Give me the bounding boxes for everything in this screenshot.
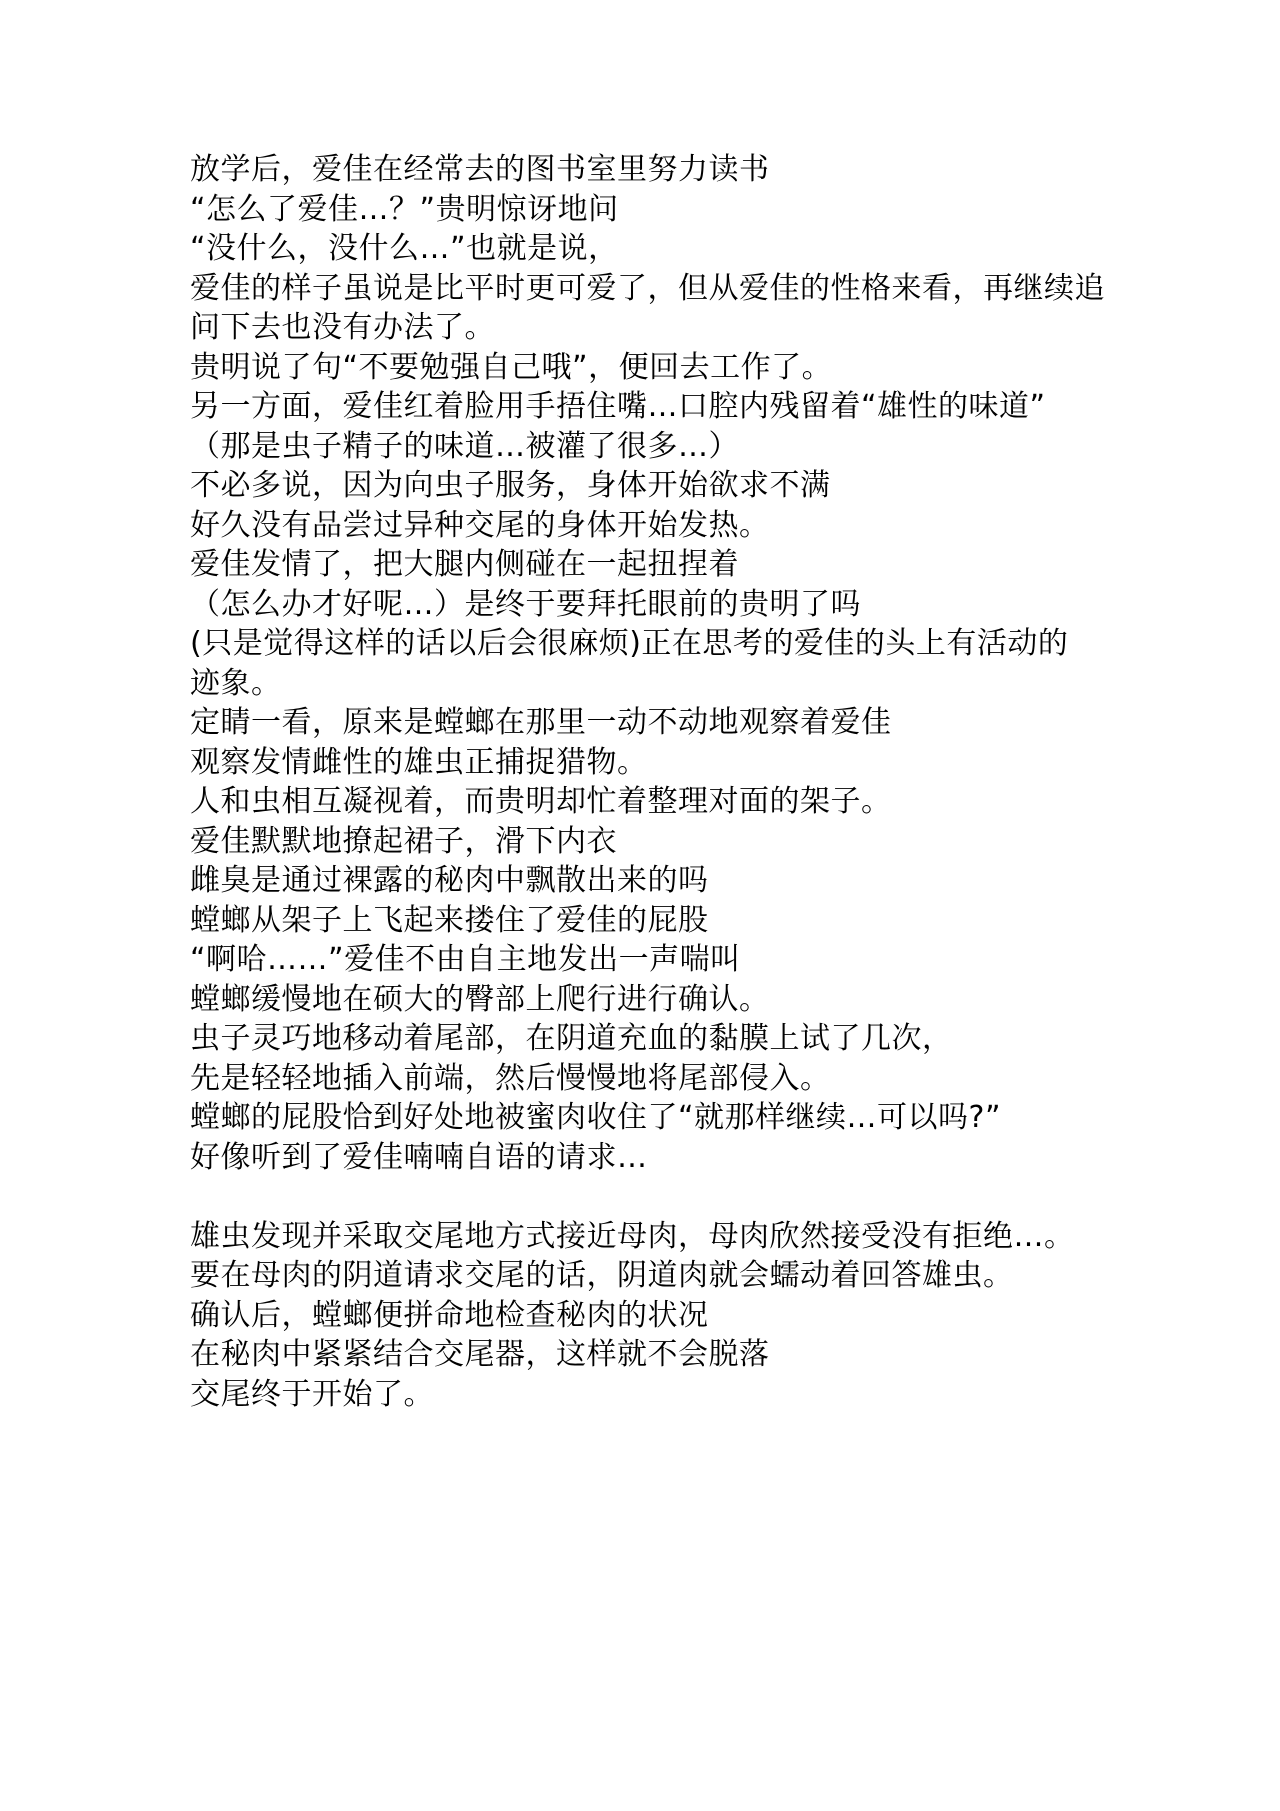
story-text-block: 放学后，爱佳在经常去的图书室里努力读书“怎么了爱佳…？”贵明惊讶地问“没什么，没…: [190, 150, 1250, 1414]
text-line: 螳螂的屁股恰到好处地被蜜肉收住了“就那样继续…可以吗?”: [190, 1098, 1250, 1138]
text-line: 爱佳发情了，把大腿内侧碰在一起扭捏着: [190, 545, 1250, 585]
text-line: [190, 1177, 1250, 1217]
text-line: 观察发情雌性的雄虫正捕捉猎物。: [190, 743, 1250, 783]
text-line: 人和虫相互凝视着，而贵明却忙着整理对面的架子。: [190, 782, 1250, 822]
text-line: 问下去也没有办法了。: [190, 308, 1250, 348]
text-line: “啊哈……”爱佳不由自主地发出一声喘叫: [190, 940, 1250, 980]
text-line: （那是虫子精子的味道…被灌了很多…）: [190, 427, 1250, 467]
text-line: 交尾终于开始了。: [190, 1375, 1250, 1415]
document-page: 放学后，爱佳在经常去的图书室里努力读书“怎么了爱佳…？”贵明惊讶地问“没什么，没…: [0, 0, 1280, 1811]
text-line: 好久没有品尝过异种交尾的身体开始发热。: [190, 506, 1250, 546]
text-line: 要在母肉的阴道请求交尾的话，阴道肉就会蠕动着回答雄虫。: [190, 1256, 1250, 1296]
text-line: “怎么了爱佳…？”贵明惊讶地问: [190, 190, 1250, 230]
text-line: 雌臭是通过裸露的秘肉中飘散出来的吗: [190, 861, 1250, 901]
text-line: 贵明说了句“不要勉强自己哦”，便回去工作了。: [190, 348, 1250, 388]
text-line: 不必多说，因为向虫子服务，身体开始欲求不满: [190, 466, 1250, 506]
text-line: 好像听到了爱佳喃喃自语的请求…: [190, 1138, 1250, 1178]
text-line: 迹象。: [190, 664, 1250, 704]
text-line: 雄虫发现并采取交尾地方式接近母肉，母肉欣然接受没有拒绝…。: [190, 1217, 1250, 1257]
text-line: 螳螂缓慢地在硕大的臀部上爬行进行确认。: [190, 980, 1250, 1020]
text-line: 另一方面，爱佳红着脸用手捂住嘴…口腔内残留着“雄性的味道”: [190, 387, 1250, 427]
text-line: (只是觉得这样的话以后会很麻烦)正在思考的爱佳的头上有活动的: [190, 624, 1250, 664]
text-line: 爱佳默默地撩起裙子，滑下内衣: [190, 822, 1250, 862]
text-line: 确认后，螳螂便拼命地检查秘肉的状况: [190, 1296, 1250, 1336]
text-line: 螳螂从架子上飞起来搂住了爱佳的屁股: [190, 901, 1250, 941]
text-line: 定睛一看，原来是螳螂在那里一动不动地观察着爱佳: [190, 703, 1250, 743]
text-line: 放学后，爱佳在经常去的图书室里努力读书: [190, 150, 1250, 190]
text-line: “没什么，没什么…”也就是说，: [190, 229, 1250, 269]
text-line: 在秘肉中紧紧结合交尾器，这样就不会脱落: [190, 1335, 1250, 1375]
text-line: 爱佳的样子虽说是比平时更可爱了，但从爱佳的性格来看，再继续追: [190, 269, 1250, 309]
text-line: 虫子灵巧地移动着尾部，在阴道充血的黏膜上试了几次，: [190, 1019, 1250, 1059]
text-line: （怎么办才好呢…）是终于要拜托眼前的贵明了吗: [190, 585, 1250, 625]
text-line: 先是轻轻地插入前端，然后慢慢地将尾部侵入。: [190, 1059, 1250, 1099]
